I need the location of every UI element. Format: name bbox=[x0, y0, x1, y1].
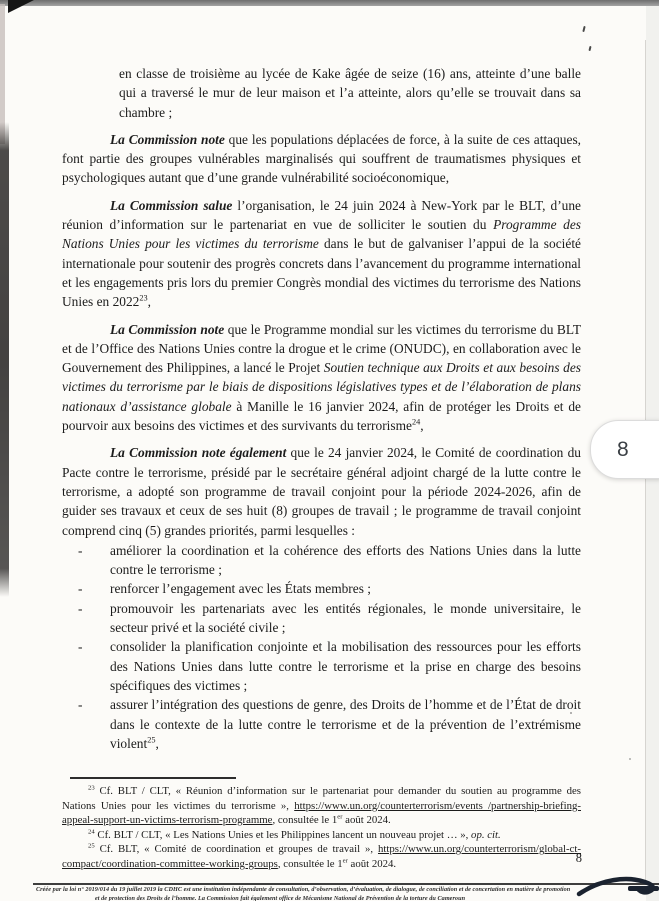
text-segment: assurer l’intégration des questions de g… bbox=[110, 697, 581, 751]
text-segment: 25 bbox=[88, 843, 95, 850]
scanned-document-view: en classe de troisième au lycée de Kake … bbox=[0, 0, 659, 901]
footer-text-line2: et de protection des Droits de l’homme. … bbox=[95, 895, 465, 901]
paragraph-commission-salue: La Commission salue l’organisation, le 2… bbox=[62, 196, 581, 312]
text-segment: La Commission salue bbox=[110, 198, 232, 213]
bullet-text: assurer l’intégration des questions de g… bbox=[110, 697, 581, 751]
footnote-separator bbox=[70, 777, 236, 779]
text-segment: renforcer l’engagement avec les États me… bbox=[110, 581, 371, 596]
text-segment: août 2024. bbox=[342, 814, 390, 826]
text-segment: La Commission note bbox=[110, 132, 225, 147]
bullet-text: promouvoir les partenariats avec les ent… bbox=[110, 601, 581, 635]
scan-speck bbox=[588, 46, 591, 51]
bullet-text: renforcer l’engagement avec les États me… bbox=[110, 581, 371, 596]
bullet-item: - promouvoir les partenariats avec les e… bbox=[62, 599, 581, 638]
footnote-24: 24 Cf. BLT / CLT, « Les Nations Unies et… bbox=[62, 828, 581, 843]
footer-rule bbox=[33, 883, 659, 885]
bullet-item: - consolider la planification conjointe … bbox=[62, 637, 581, 695]
bullet-dash: - bbox=[78, 599, 82, 618]
text-segment: août 2024. bbox=[348, 858, 396, 870]
bullet-dash: - bbox=[78, 695, 82, 714]
footnote-23: 23 Cf. BLT / CLT, « Réunion d’informatio… bbox=[62, 784, 581, 828]
bullet-dash: - bbox=[78, 541, 82, 560]
bullet-dash: - bbox=[78, 637, 82, 656]
viewer-page-badge-number: 8 bbox=[617, 438, 629, 462]
bullet-list: - améliorer la coordination et la cohére… bbox=[62, 541, 581, 753]
quote-paragraph: en classe de troisième au lycée de Kake … bbox=[119, 64, 581, 122]
text-segment: , bbox=[156, 736, 159, 751]
scan-edge-shadow bbox=[0, 122, 9, 597]
text-segment: consolider la planification conjointe et… bbox=[110, 639, 581, 693]
text-segment: en classe de troisième au lycée de Kake … bbox=[119, 66, 581, 120]
footnotes: 23 Cf. BLT / CLT, « Réunion d’informatio… bbox=[62, 784, 581, 872]
bullet-item: - assurer l’intégration des questions de… bbox=[62, 695, 581, 753]
text-segment: Cf. BLT, « Comité de coordination et gro… bbox=[95, 843, 378, 855]
bullet-dash: - bbox=[78, 579, 82, 598]
text-segment: 25 bbox=[147, 735, 155, 744]
text-segment: promouvoir les partenariats avec les ent… bbox=[110, 601, 581, 635]
scan-speck bbox=[629, 758, 631, 760]
footnote-25: 25 Cf. BLT, « Comité de coordination et … bbox=[62, 842, 581, 871]
footer-text-line1: Créée par la loi n° 2019/014 du 19 juill… bbox=[36, 886, 570, 893]
page-number: 8 bbox=[556, 851, 582, 866]
text-segment: La Commission note bbox=[110, 322, 224, 337]
pen-mark bbox=[575, 870, 659, 898]
text-segment: , consultée le 1 bbox=[278, 858, 343, 870]
text-segment: , consultée le 1 bbox=[272, 814, 337, 826]
scan-top-edge bbox=[0, 0, 659, 6]
bullet-item: - améliorer la coordination et la cohére… bbox=[62, 541, 581, 580]
text-segment: La Commission note également bbox=[110, 445, 286, 460]
text-segment: améliorer la coordination et la cohérenc… bbox=[110, 543, 581, 577]
paragraph-commission-note-2: La Commission note que le Programme mond… bbox=[62, 320, 581, 436]
scan-speck bbox=[570, 712, 572, 714]
text-segment: 24 bbox=[88, 828, 95, 835]
body-text: en classe de troisième au lycée de Kake … bbox=[62, 64, 581, 776]
text-segment: 24 bbox=[412, 418, 420, 427]
bullet-text: améliorer la coordination et la cohérenc… bbox=[110, 543, 581, 577]
text-segment: , bbox=[148, 294, 151, 309]
bullet-text: consolider la planification conjointe et… bbox=[110, 639, 581, 693]
text-segment: 23 bbox=[88, 784, 95, 791]
paragraph-commission-note-1: La Commission note que les populations d… bbox=[62, 130, 581, 188]
bullet-item: - renforcer l’engagement avec les États … bbox=[62, 579, 581, 598]
text-segment: , bbox=[420, 418, 423, 433]
text-segment: 23 bbox=[139, 294, 147, 303]
scan-speck bbox=[582, 26, 585, 32]
text-segment: Cf. BLT / CLT, « Les Nations Unies et le… bbox=[95, 829, 471, 841]
text-segment: op. cit. bbox=[471, 829, 501, 841]
viewer-page-badge: 8 bbox=[590, 420, 659, 479]
paragraph-commission-note-egalement: La Commission note également que le 24 j… bbox=[62, 443, 581, 539]
